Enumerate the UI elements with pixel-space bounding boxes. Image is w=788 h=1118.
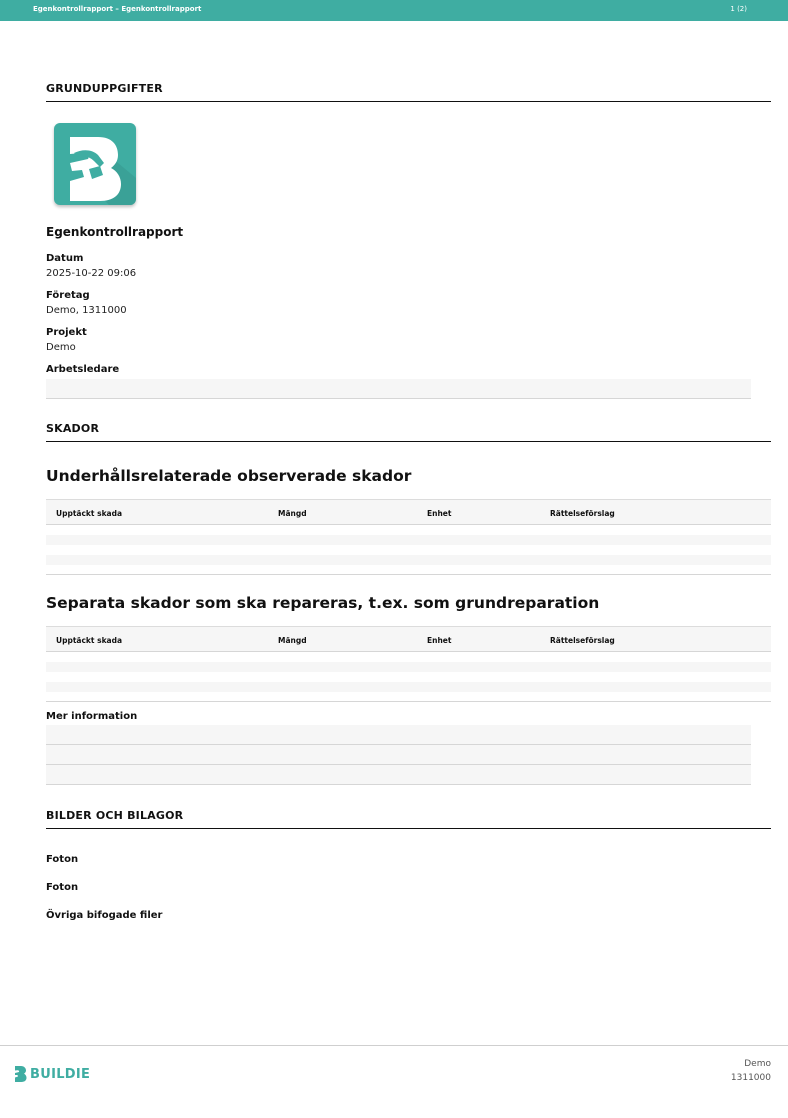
empty-row [46,555,771,565]
footer-brand-logo: BUILDIE [14,1065,90,1083]
field-value-supervisor [46,379,751,399]
field-label-company: Företag [46,290,90,301]
table-title-maintenance-damages: Underhållsrelaterade observerade skador [46,467,411,485]
section-title-attachments: BILDER OCH BILAGOR [46,809,771,829]
report-header-bar: Egenkontrollrapport – Egenkontrollrappor… [0,0,788,21]
separate-damages-table: Upptäckt skada Mängd Enhet Rättelseförsl… [46,626,771,702]
section-title-basic-info: GRUNDUPPGIFTER [46,82,771,102]
field-value-date: 2025-10-22 09:06 [46,268,136,279]
more-info-box-2 [46,745,751,765]
buildie-b-icon [14,1065,27,1083]
field-label-date: Datum [46,253,83,264]
more-info-box-1 [46,725,751,745]
column-header-quantity: Mängd [278,636,307,645]
attachment-photos-2: Foton [46,882,78,893]
empty-row [46,682,771,692]
report-header-title: Egenkontrollrapport – Egenkontrollrappor… [33,5,201,13]
footer-brand-name: BUILDIE [30,1067,90,1082]
table-body-empty [46,652,771,702]
empty-row [46,535,771,545]
column-header-unit: Enhet [427,636,451,645]
footer-company-name: Demo [731,1057,771,1071]
document-title: Egenkontrollrapport [46,225,183,239]
field-label-supervisor: Arbetsledare [46,364,119,375]
section-title-damages: SKADOR [46,422,771,442]
field-value-company: Demo, 1311000 [46,305,127,316]
column-header-unit: Enhet [427,509,451,518]
table-header: Upptäckt skada Mängd Enhet Rättelseförsl… [46,626,771,652]
more-info-box-3 [46,765,751,785]
field-value-project: Demo [46,342,76,353]
buildie-logo-icon [54,123,136,205]
column-header-correction: Rättelseförslag [550,636,615,645]
column-header-quantity: Mängd [278,509,307,518]
column-header-correction: Rättelseförslag [550,509,615,518]
empty-row [46,662,771,672]
page-indicator: 1 (2) [730,5,747,13]
table-body-empty [46,525,771,575]
column-header-damage: Upptäckt skada [56,636,122,645]
footer-divider [0,1045,788,1046]
table-title-separate-damages: Separata skador som ska repareras, t.ex.… [46,594,599,612]
footer-company-info: Demo 1311000 [731,1057,771,1085]
more-info-label: Mer information [46,711,137,722]
maintenance-damages-table: Upptäckt skada Mängd Enhet Rättelseförsl… [46,499,771,575]
attachment-photos-1: Foton [46,854,78,865]
column-header-damage: Upptäckt skada [56,509,122,518]
footer-company-id: 1311000 [731,1071,771,1085]
table-header: Upptäckt skada Mängd Enhet Rättelseförsl… [46,499,771,525]
attachment-other-files: Övriga bifogade filer [46,910,162,921]
field-label-project: Projekt [46,327,87,338]
